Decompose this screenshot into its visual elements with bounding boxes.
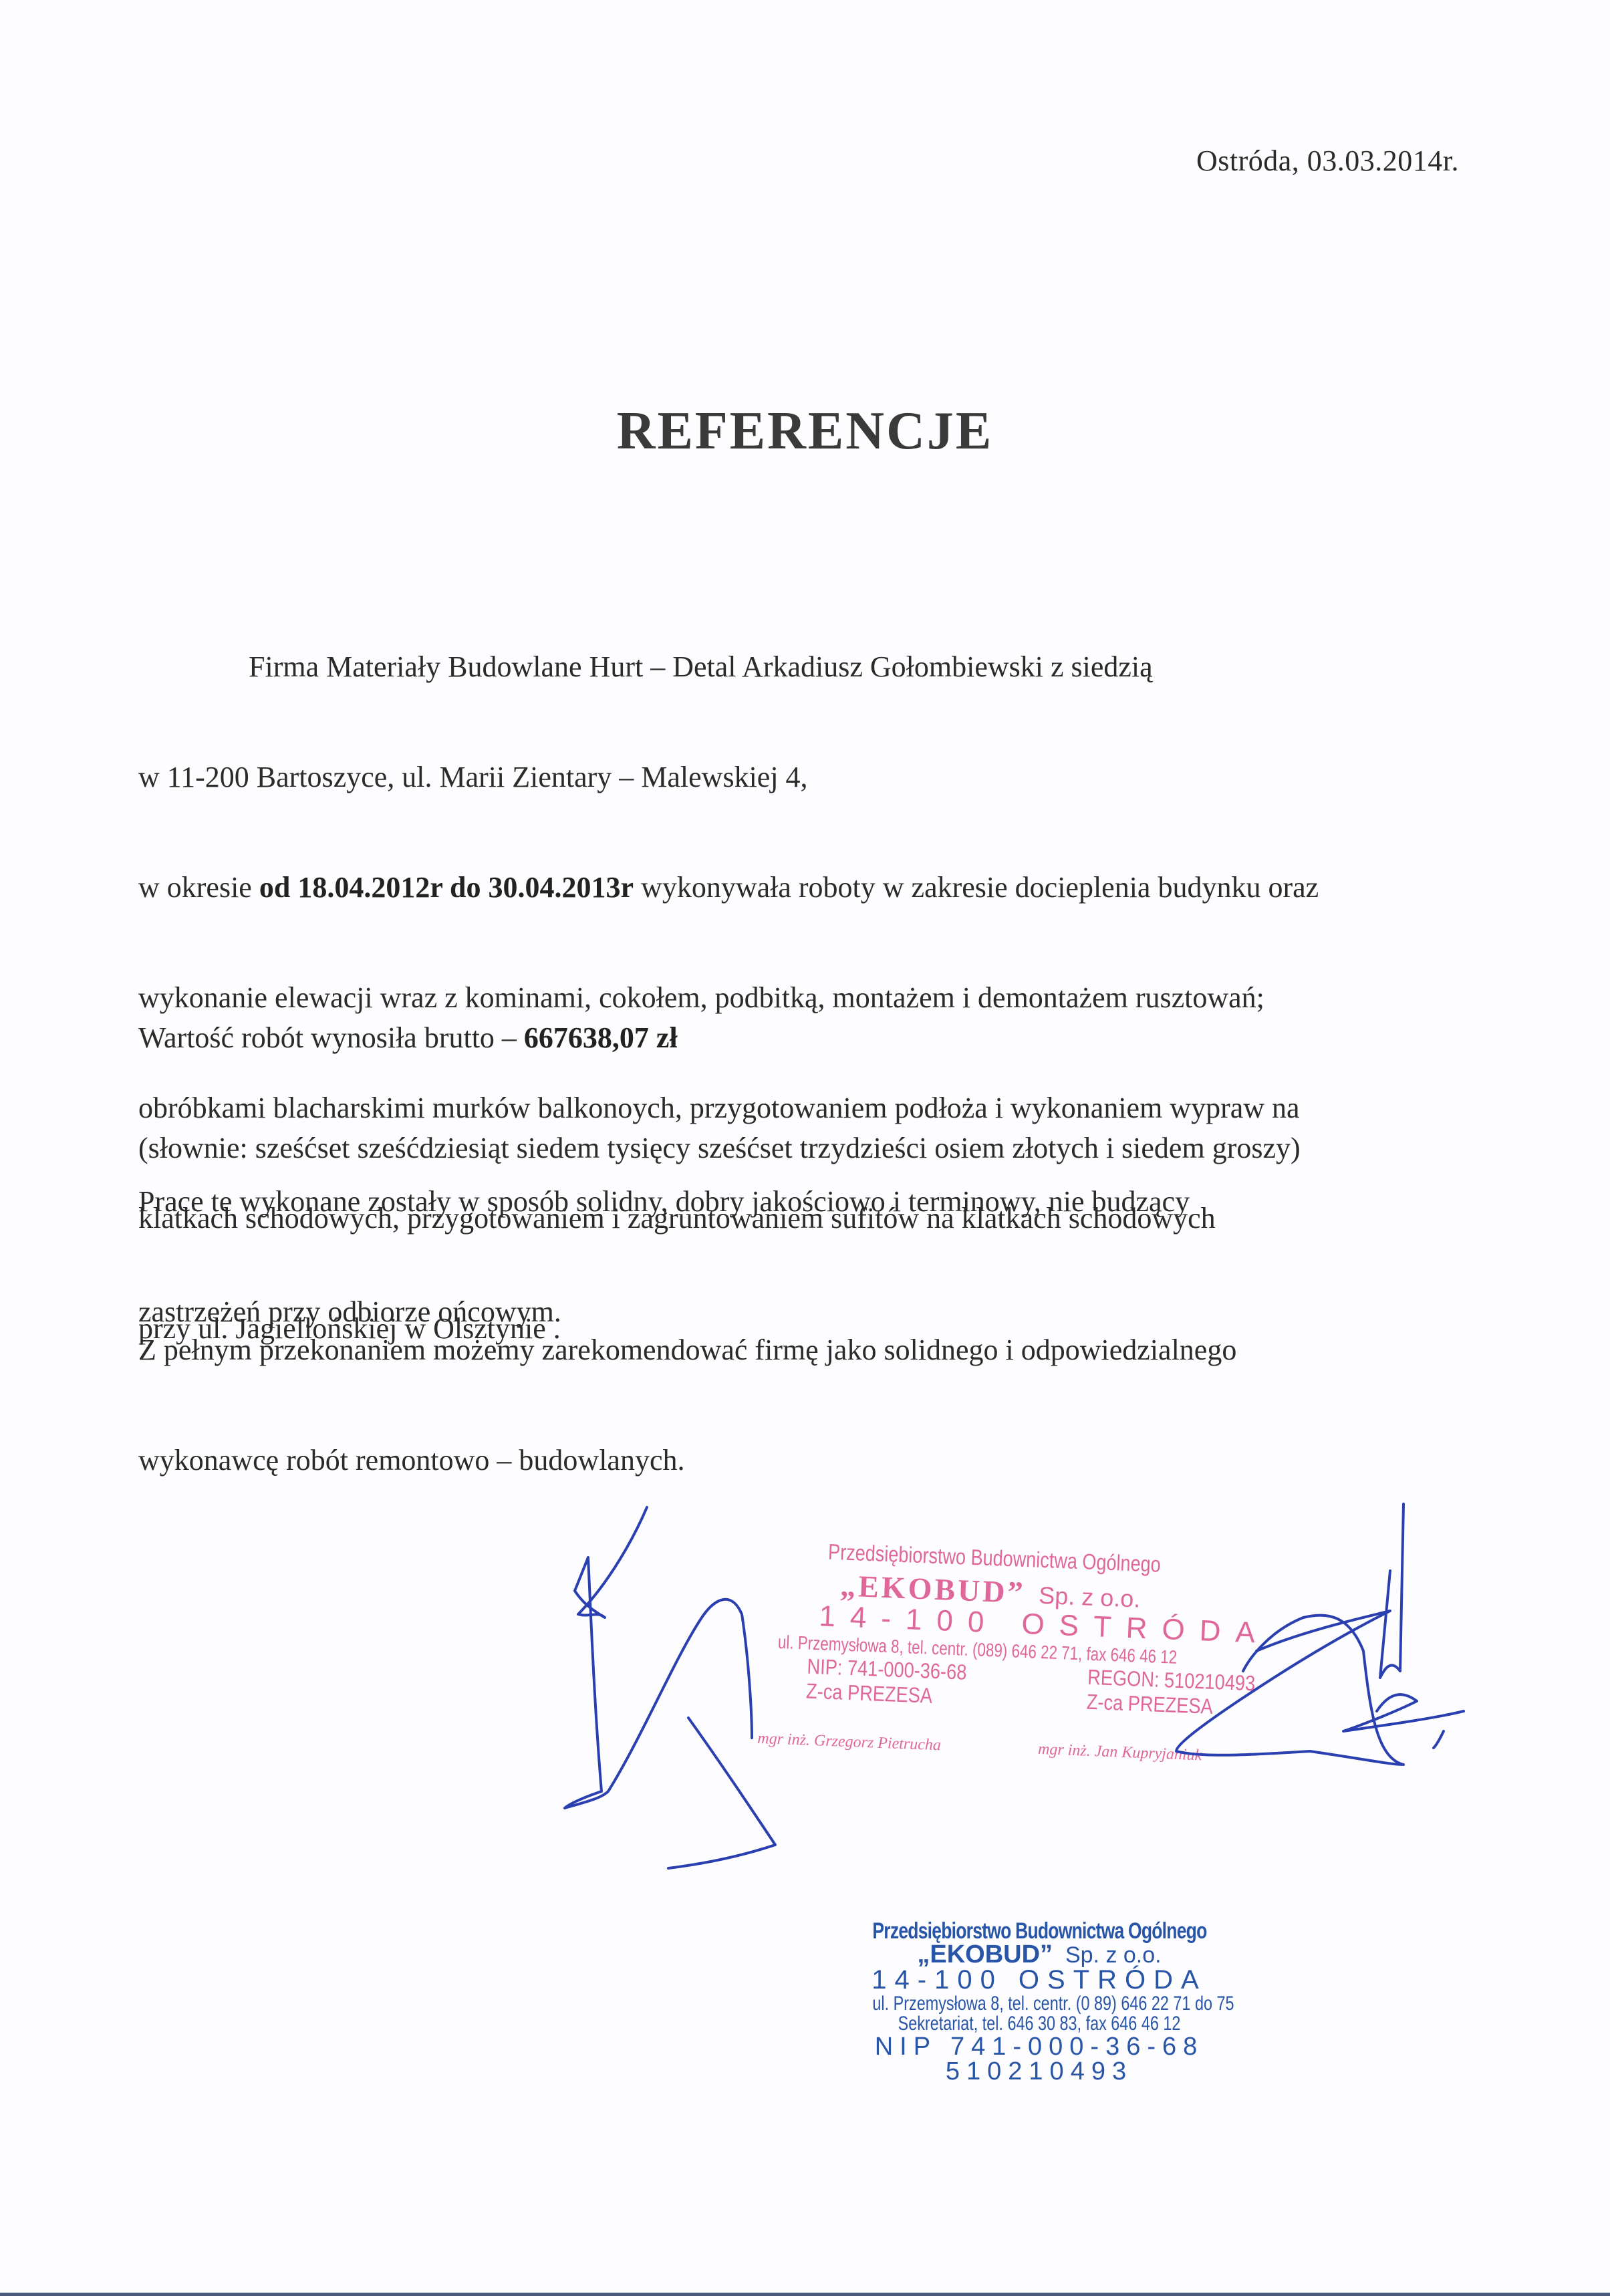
text-line-period: w okresie od 18.04.2012r do 30.04.2013r … bbox=[138, 869, 1319, 906]
stamp-company-suffix: Sp. z o.o. bbox=[1039, 1581, 1142, 1613]
signatory-right-name: mgr inż. Jan Kupryjaniuk bbox=[1038, 1741, 1202, 1765]
scan-bottom-edge bbox=[0, 2293, 1610, 2296]
stamp-brand: „EKOBUD” bbox=[917, 1940, 1053, 1968]
company-stamp-blue: Przedsiębiorstwo Budownictwa Ogólnego „E… bbox=[825, 1918, 1253, 2086]
text-fragment: w okresie bbox=[138, 871, 259, 904]
signature-left bbox=[565, 1507, 752, 1808]
text-line: wykonawcę robót remontowo – budowlanych. bbox=[138, 1442, 1236, 1479]
stamp-secretariat: Sekretariat, tel. 646 30 83, fax 646 46 … bbox=[872, 2013, 1206, 2035]
value-line: Wartość robót wynosiła brutto – 667638,0… bbox=[138, 1019, 1301, 1056]
signature-right-stroke bbox=[1343, 1504, 1464, 1748]
stamp-city: 14-100 OSTRÓDA bbox=[825, 1965, 1253, 1995]
text-fragment: wykonywała roboty w zakresie docieplenia… bbox=[634, 871, 1319, 904]
signatory-left-name: mgr inż. Grzegorz Pietrucha bbox=[757, 1730, 1039, 1759]
stamp-role-right: Z-ca PREZESA bbox=[1086, 1690, 1213, 1719]
text-line: Firma Materiały Budowlane Hurt – Detal A… bbox=[138, 648, 1319, 685]
stamp-signatory-names: mgr inż. Grzegorz Pietruchamgr inż. Jan … bbox=[757, 1730, 1282, 1768]
stamp-regon: 510210493 bbox=[825, 2057, 1253, 2086]
value-amount: 667638,07 zł bbox=[524, 1021, 678, 1054]
value-label: Wartość robót wynosiła brutto – bbox=[138, 1021, 524, 1054]
company-stamp-pink: Przedsiębiorstwo Budownictwa Ogólnego „E… bbox=[774, 1537, 1290, 1768]
stamp-company-suffix: Sp. z o.o. bbox=[1065, 1942, 1162, 1968]
period-dates: od 18.04.2012r do 30.04.2013r bbox=[259, 871, 634, 904]
stamp-address: ul. Przemysłowa 8, tel. centr. (0 89) 64… bbox=[872, 1993, 1206, 2015]
text-line: Prace te wykonane zostały w sposób solid… bbox=[138, 1183, 1190, 1220]
text-line: Z pełnym przekonaniem możemy zarekomendo… bbox=[138, 1331, 1236, 1368]
document-title: REFERENCJE bbox=[0, 401, 1610, 462]
text-line: w 11-200 Bartoszyce, ul. Marii Zientary … bbox=[138, 759, 1319, 795]
stamp-company-name: Przedsiębiorstwo Budownictwa Ogólnego bbox=[872, 1918, 1206, 1944]
paragraph-recommendation: Z pełnym przekonaniem możemy zarekomendo… bbox=[138, 1258, 1236, 1515]
place-and-date: Ostróda, 03.03.2014r. bbox=[1196, 144, 1459, 178]
